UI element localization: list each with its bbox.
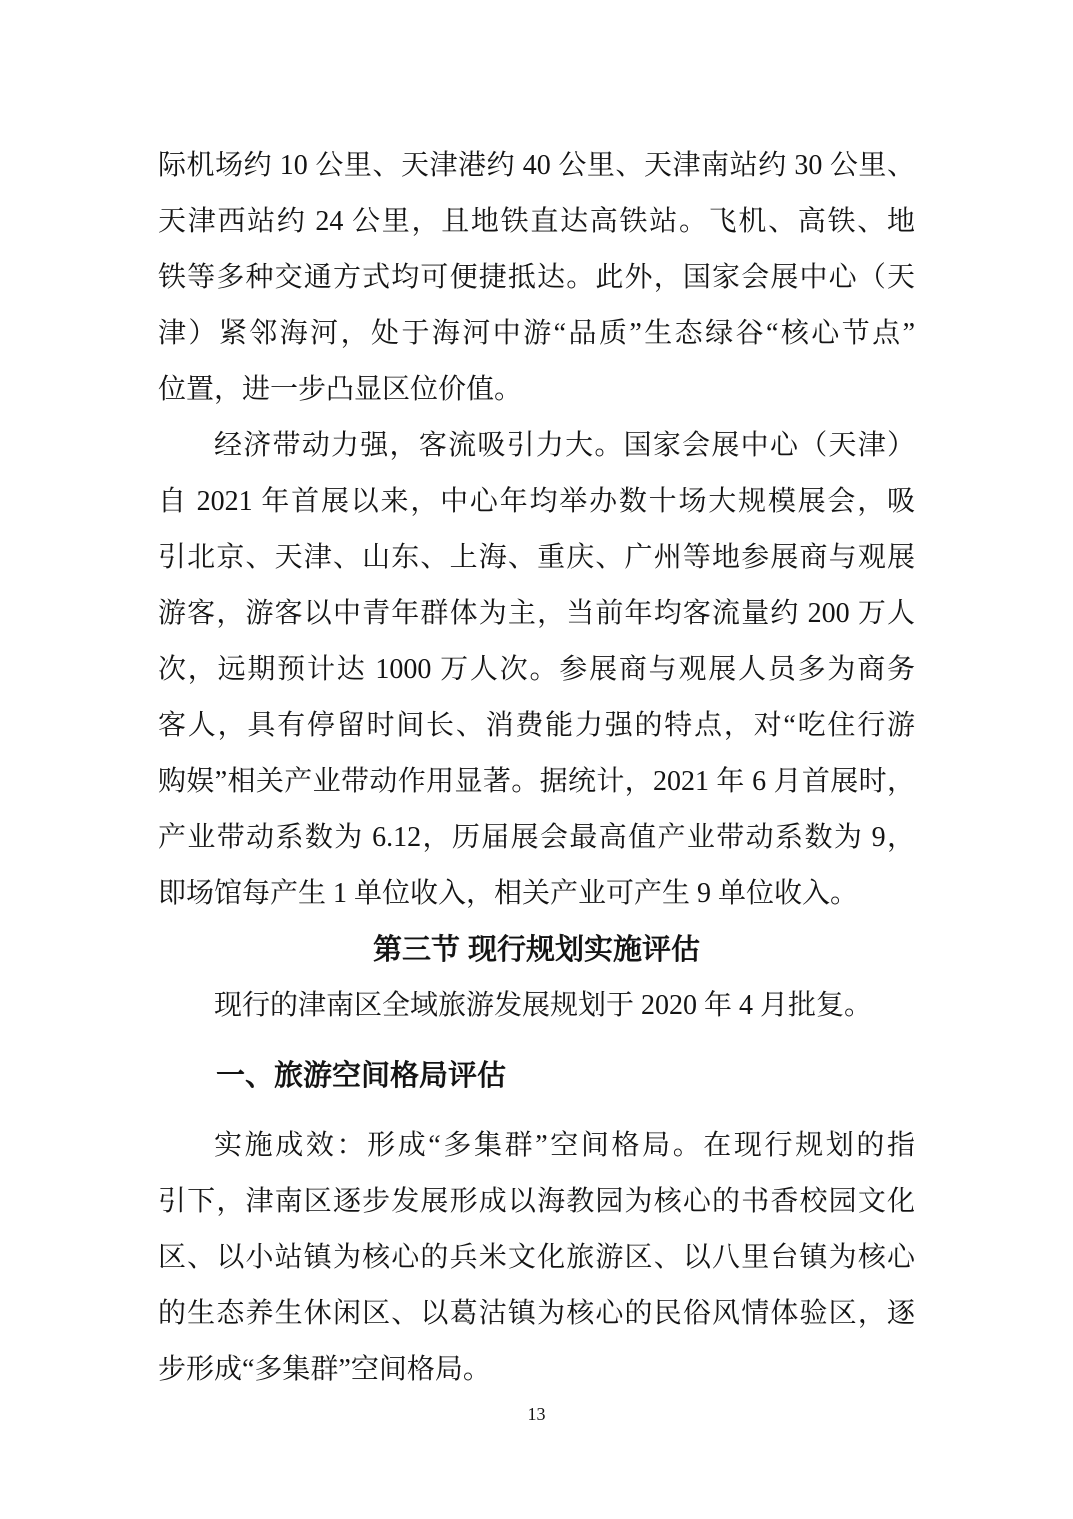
body-line: 铁等多种交通方式均可便捷抵达。此外，国家会展中心（天: [158, 250, 915, 306]
body-line: 引下，津南区逐步发展形成以海教园为核心的书香校园文化: [158, 1174, 915, 1230]
body-line: 现行的津南区全域旅游发展规划于 2020 年 4 月批复。: [158, 978, 915, 1034]
section-heading: 第三节 现行规划实施评估: [158, 922, 915, 978]
body-line: 的生态养生休闲区、以葛沽镇为核心的民俗风情体验区，逐: [158, 1286, 915, 1342]
page-number: 13: [0, 1402, 1073, 1426]
body-line: 产业带动系数为 6.12，历届展会最高值产业带动系数为 9，: [158, 810, 915, 866]
body-line: 区、以小站镇为核心的兵米文化旅游区、以八里台镇为核心: [158, 1230, 915, 1286]
body-line: 步形成“多集群”空间格局。: [158, 1342, 915, 1398]
body-line: 游客，游客以中青年群体为主，当前年均客流量约 200 万人: [158, 586, 915, 642]
body-line: 自 2021 年首展以来，中心年均举办数十场大规模展会，吸: [158, 474, 915, 530]
body-line: 购娱”相关产业带动作用显著。据统计，2021 年 6 月首展时，: [158, 754, 915, 810]
body-line: 津）紧邻海河，处于海河中游“品质”生态绿谷“核心节点”: [158, 306, 915, 362]
paragraph: 实施成效：形成“多集群”空间格局。在现行规划的指 引下，津南区逐步发展形成以海教…: [158, 1118, 915, 1398]
body-line: 引北京、天津、山东、上海、重庆、广州等地参展商与观展: [158, 530, 915, 586]
page-body: 际机场约 10 公里、天津港约 40 公里、天津南站约 30 公里、 天津西站约…: [158, 138, 915, 1398]
body-line: 客人，具有停留时间长、消费能力强的特点，对“吃住行游: [158, 698, 915, 754]
paragraph: 际机场约 10 公里、天津港约 40 公里、天津南站约 30 公里、 天津西站约…: [158, 138, 915, 418]
body-line: 天津西站约 24 公里，且地铁直达高铁站。飞机、高铁、地: [158, 194, 915, 250]
document-page: 际机场约 10 公里、天津港约 40 公里、天津南站约 30 公里、 天津西站约…: [0, 0, 1073, 1519]
body-line: 际机场约 10 公里、天津港约 40 公里、天津南站约 30 公里、: [158, 138, 915, 194]
body-line: 次，远期预计达 1000 万人次。参展商与观展人员多为商务: [158, 642, 915, 698]
subsection-heading: 一、旅游空间格局评估: [158, 1048, 915, 1104]
body-line: 经济带动力强，客流吸引力大。国家会展中心（天津）: [158, 418, 915, 474]
body-line: 位置，进一步凸显区位价值。: [158, 362, 915, 418]
paragraph: 现行的津南区全域旅游发展规划于 2020 年 4 月批复。: [158, 978, 915, 1034]
body-line: 实施成效：形成“多集群”空间格局。在现行规划的指: [158, 1118, 915, 1174]
paragraph: 经济带动力强，客流吸引力大。国家会展中心（天津） 自 2021 年首展以来，中心…: [158, 418, 915, 922]
body-line: 即场馆每产生 1 单位收入，相关产业可产生 9 单位收入。: [158, 866, 915, 922]
